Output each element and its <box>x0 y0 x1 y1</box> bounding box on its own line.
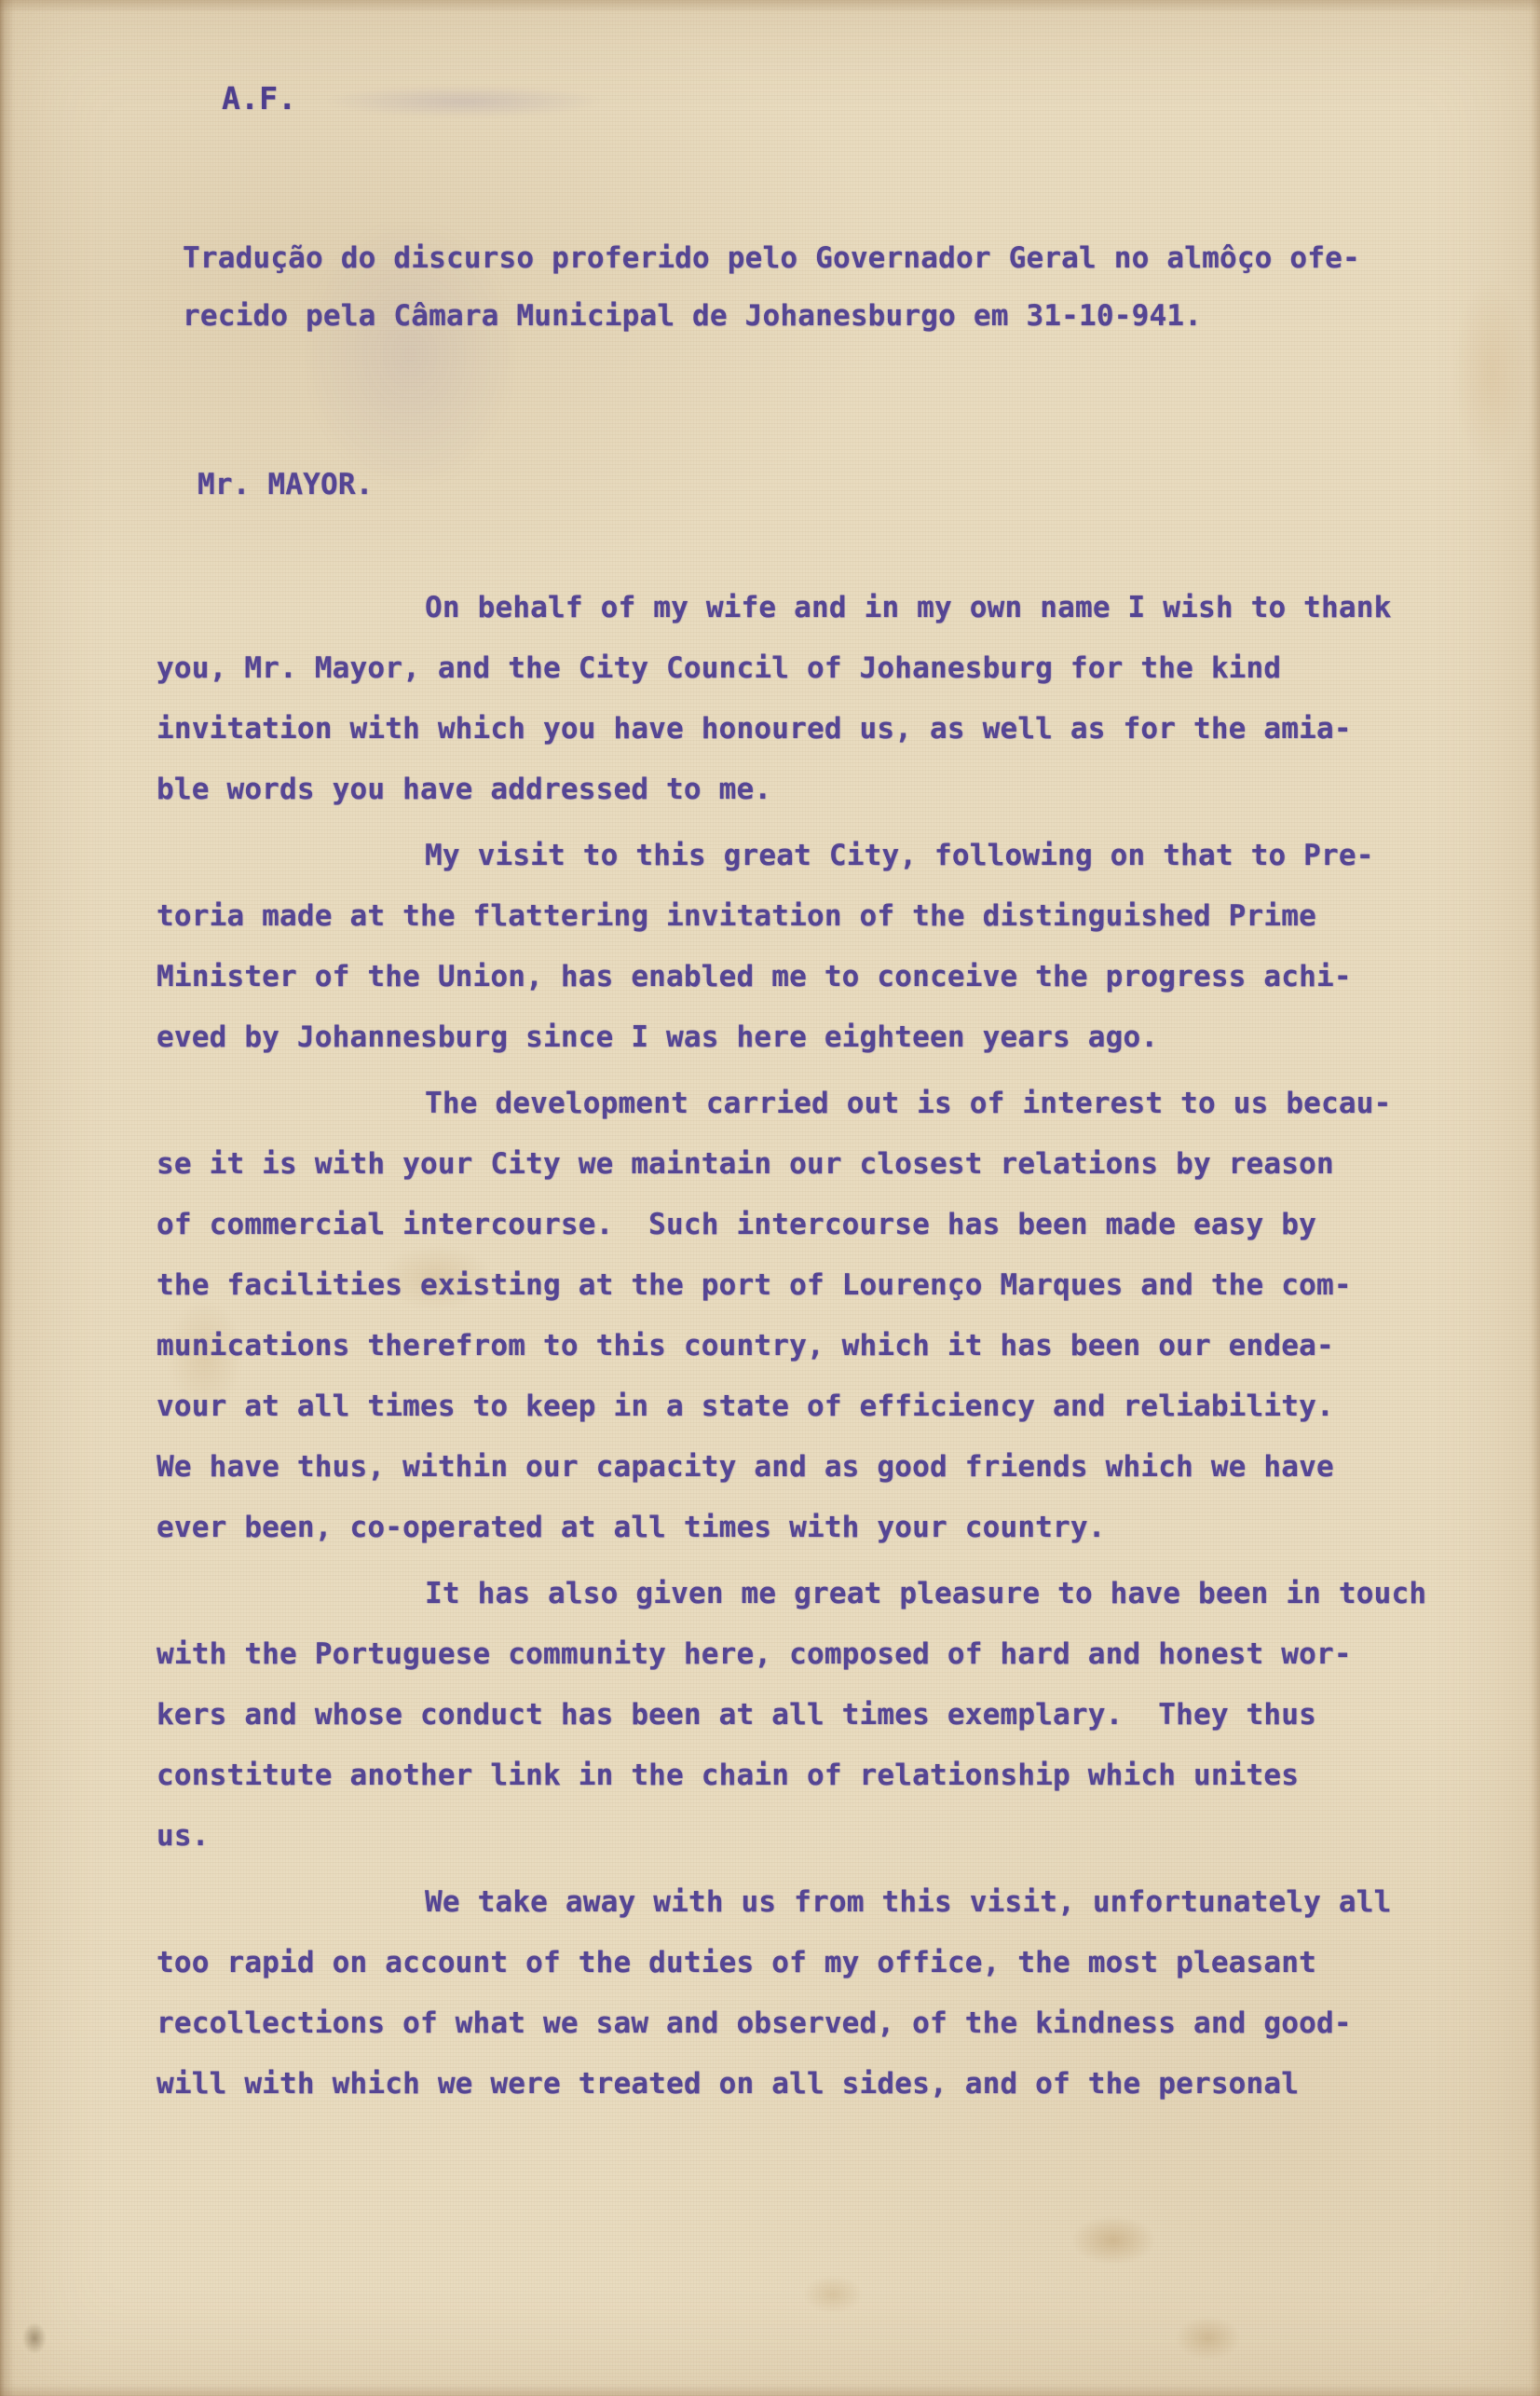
paragraph-development: The development carried out is of intere… <box>157 1074 1447 1558</box>
paper-stain <box>803 2276 863 2313</box>
salutation: Mr. MAYOR. <box>198 468 374 501</box>
text-line: invitation with which you have honoured … <box>157 699 1447 760</box>
ink-smudge <box>324 86 604 117</box>
text-line: toria made at the flattering invitation … <box>157 886 1447 947</box>
text-line: My visit to this great City, following o… <box>157 826 1447 886</box>
text-line: with the Portuguese community here, comp… <box>157 1624 1447 1685</box>
text-line: will with which we were treated on all s… <box>157 2054 1447 2115</box>
text-line: too rapid on account of the duties of my… <box>157 1933 1447 1993</box>
text-line: vour at all times to keep in a state of … <box>157 1376 1447 1437</box>
text-line: of commercial intercourse. Such intercou… <box>157 1195 1447 1255</box>
text-line: We have thus, within our capacity and as… <box>157 1437 1447 1498</box>
text-line: eved by Johannesburg since I was here ei… <box>157 1007 1447 1068</box>
text-line: you, Mr. Mayor, and the City Council of … <box>157 638 1447 699</box>
text-line: It has also given me great pleasure to h… <box>157 1564 1447 1624</box>
document-page: A.F. Tradução do discurso proferido pelo… <box>0 0 1540 2396</box>
text-line: se it is with your City we maintain our … <box>157 1134 1447 1195</box>
text-line: ble words you have addressed to me. <box>157 760 1447 820</box>
text-line: constitute another link in the chain of … <box>157 1746 1447 1806</box>
text-line: Minister of the Union, has enabled me to… <box>157 947 1447 1007</box>
paragraph-thanks: On behalf of my wife and in my own name … <box>157 578 1447 820</box>
paragraph-farewell: We take away with us from this visit, un… <box>157 1872 1447 2115</box>
document-title: Tradução do discurso proferido pelo Gove… <box>183 229 1360 345</box>
text-line: ever been, co-operated at all times with… <box>157 1498 1447 1558</box>
text-line: The development carried out is of intere… <box>157 1074 1447 1134</box>
paper-stain <box>1176 2317 1241 2360</box>
text-line: us. <box>157 1806 1447 1867</box>
text-line: kers and whose conduct has been at all t… <box>157 1685 1447 1746</box>
title-line-2: recido pela Câmara Municipal de Johanesb… <box>183 287 1360 345</box>
text-line: recollections of what we saw and observe… <box>157 1993 1447 2054</box>
text-line: munications therefrom to this country, w… <box>157 1316 1447 1376</box>
text-line: the facilities existing at the port of L… <box>157 1255 1447 1316</box>
text-line: On behalf of my wife and in my own name … <box>157 578 1447 638</box>
speech-body: On behalf of my wife and in my own name … <box>157 578 1447 2115</box>
paper-stain <box>1071 2216 1155 2265</box>
title-line-1: Tradução do discurso proferido pelo Gove… <box>183 229 1360 287</box>
reference-initials: A.F. <box>222 80 296 116</box>
text-line: We take away with us from this visit, un… <box>157 1872 1447 1933</box>
paragraph-community: It has also given me great pleasure to h… <box>157 1564 1447 1867</box>
paper-stain <box>1453 280 1528 466</box>
paragraph-visit: My visit to this great City, following o… <box>157 826 1447 1068</box>
paper-stain <box>22 2322 47 2354</box>
